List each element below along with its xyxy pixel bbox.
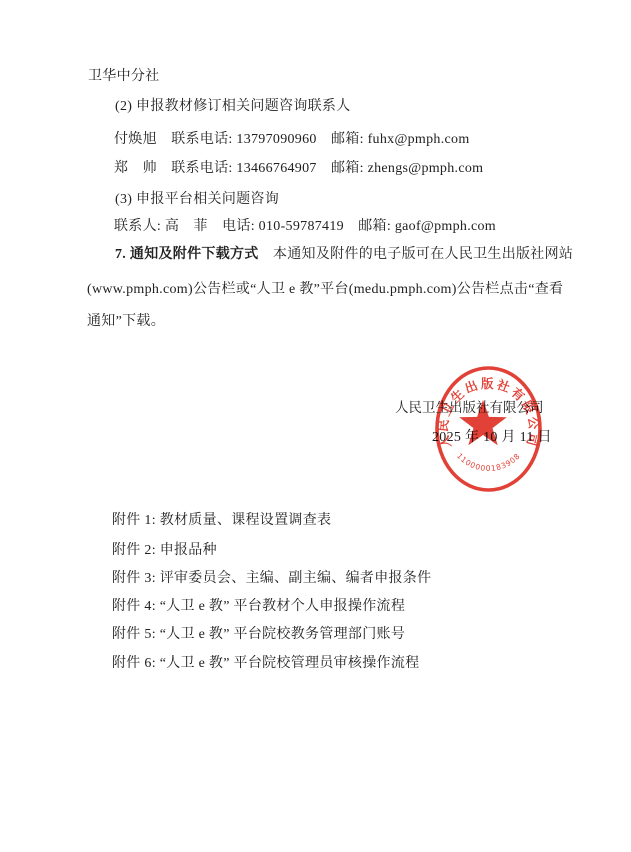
seal-star-icon (459, 400, 507, 445)
attachment-item-6: 附件 6: “人卫 e 教” 平台院校管理员审核操作流程 (112, 655, 419, 673)
body-line-urls: (www.pmph.com)公告栏或“人卫 e 教”平台(medu.pmph.c… (87, 281, 563, 299)
attachment-item-3: 附件 3: 评审委员会、主编、副主编、编者申报条件 (112, 570, 431, 588)
attachment-item-1: 附件 1: 教材质量、课程设置调查表 (112, 512, 331, 530)
section3-heading: (3) 申报平台相关问题咨询 (115, 191, 279, 209)
scanned-document-page: 卫华中分社 (2) 申报教材修订相关问题咨询联系人 付焕旭 联系电话: 1379… (0, 0, 631, 852)
contact-line-gaofei: 联系人: 高 菲 电话: 010-59787419 邮箱: gaof@pmph.… (114, 218, 496, 236)
contact-line-fuhuanxu: 付焕旭 联系电话: 13797090960 邮箱: fuhx@pmph.com (114, 131, 470, 149)
section7-text: 本通知及附件的电子版可在人民卫生出版社网站 (259, 247, 574, 262)
section7-title: 7. 通知及附件下载方式 (115, 247, 259, 262)
section7-line: 7. 通知及附件下载方式 本通知及附件的电子版可在人民卫生出版社网站 (115, 246, 573, 264)
section2-heading: (2) 申报教材修订相关问题咨询联系人 (115, 98, 351, 116)
branch-name-line: 卫华中分社 (88, 68, 160, 86)
seal-serial-number: 1100000183908 (455, 451, 522, 473)
attachment-item-2: 附件 2: 申报品种 (112, 542, 217, 560)
attachment-item-5: 附件 5: “人卫 e 教” 平台院校教务管理部门账号 (112, 626, 405, 644)
body-line-download: 通知”下载。 (87, 313, 165, 331)
official-seal-stamp: 人民卫生出版社有限公司 1100000183908 (430, 361, 548, 498)
attachment-item-4: 附件 4: “人卫 e 教” 平台教材个人申报操作流程 (112, 598, 405, 616)
contact-line-zhengshuai: 郑 帅 联系电话: 13466764907 邮箱: zhengs@pmph.co… (114, 160, 483, 178)
